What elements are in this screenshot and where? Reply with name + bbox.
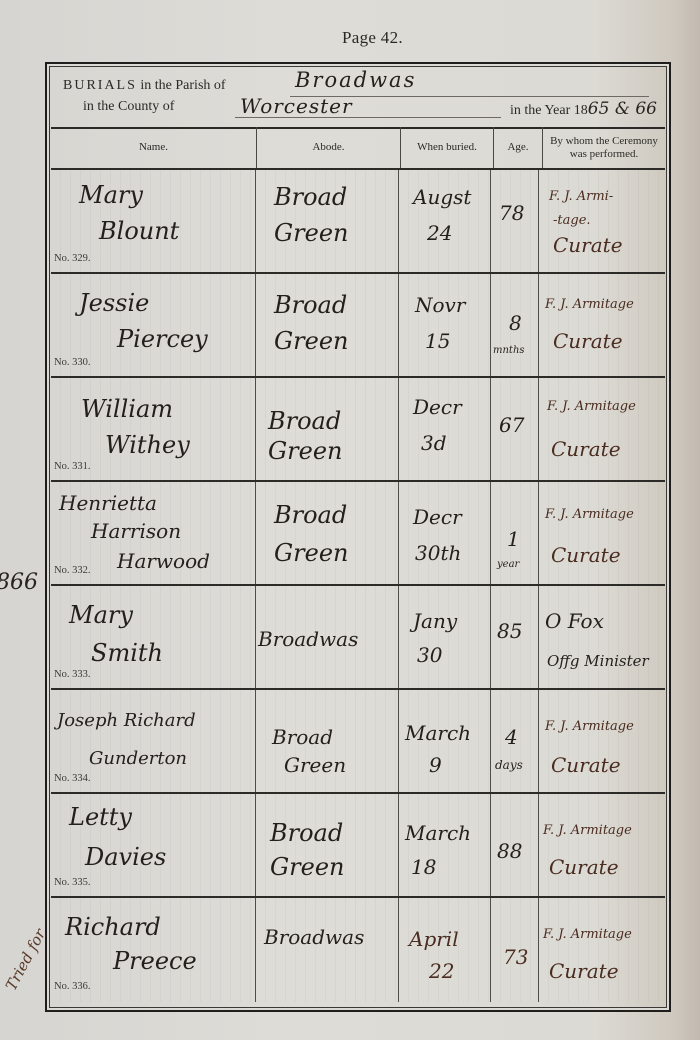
officiant-title: Curate	[551, 542, 621, 568]
name-last: Smith	[91, 640, 163, 666]
name-first: Richard	[65, 914, 161, 940]
margin-year-note: 866	[0, 570, 38, 595]
cell-age: 85	[491, 586, 539, 690]
officiant-title: Curate	[549, 958, 619, 984]
cell-officiant: F. J. Armitage Curate	[539, 482, 665, 586]
burial-month: Novr	[415, 292, 465, 318]
col-header-officiant: By whom the Ceremony was performed.	[543, 127, 665, 168]
table-row: Mary Smith No. 333. Broadwas Jany 30 85 …	[51, 584, 665, 690]
cell-name: Richard Preece No. 336.	[51, 898, 256, 1002]
officiant-line1: F. J. Armitage	[543, 922, 632, 948]
cell-officiant: F. J. Armitage Curate	[539, 274, 665, 378]
burial-day: 3d	[421, 430, 447, 456]
cell-officiant: F. J. Armitage Curate	[539, 378, 665, 482]
cell-age: 8 mnths	[491, 274, 539, 378]
officiant-line1: F. J. Armitage	[545, 714, 634, 740]
abode-line2: Green	[274, 540, 349, 566]
table-row: Jessie Piercey No. 330. Broad Green Novr…	[51, 272, 665, 378]
entry-number: No. 332.	[54, 565, 90, 576]
officiant-line1: O Fox	[545, 608, 604, 634]
cell-officiant: O Fox Offg Minister	[539, 586, 665, 690]
abode-line2: Green	[274, 328, 349, 354]
abode-line1: Broadwas	[258, 626, 358, 652]
name-last: Withey	[105, 432, 190, 458]
name-last: Blount	[99, 218, 179, 244]
entry-number: No. 329.	[54, 253, 90, 264]
cell-abode: Broad Green	[256, 378, 399, 482]
name-last: Harwood	[117, 548, 210, 574]
entry-number: No. 333.	[54, 669, 90, 680]
cell-officiant: F. J. Armi- -tage. Curate	[539, 170, 665, 274]
abode-line1: Broad	[274, 502, 347, 528]
heading-line-parish: BURIALS in the Parish of	[63, 78, 226, 94]
burial-day: 30th	[415, 540, 461, 566]
table-row: William Withey No. 331. Broad Green Decr…	[51, 376, 665, 482]
register-heading: BURIALS in the Parish of Broadwas in the…	[55, 72, 661, 128]
age-value: 85	[497, 618, 522, 644]
burial-day: 22	[429, 958, 454, 984]
cell-when-buried: Augst 24	[399, 170, 491, 274]
parish-value: Broadwas	[295, 68, 416, 92]
name-first: Joseph Richard	[57, 708, 196, 734]
officiant-title: Curate	[553, 232, 623, 258]
cell-age: 67	[491, 378, 539, 482]
county-value: Worcester	[240, 94, 353, 118]
age-value: 88	[497, 838, 522, 864]
officiant-line1: F. J. Armitage	[545, 292, 634, 318]
cell-officiant: F. J. Armitage Curate	[539, 794, 665, 898]
burial-day: 30	[417, 642, 442, 668]
name-last: Gunderton	[89, 746, 187, 772]
table-row: Henrietta Harrison Harwood No. 332. Broa…	[51, 480, 665, 586]
abode-line2: Green	[268, 438, 343, 464]
burial-month: March	[405, 720, 471, 746]
name-last: Piercey	[117, 326, 208, 352]
table-row: Joseph Richard Gunderton No. 334. Broad …	[51, 688, 665, 794]
officiant-title: Curate	[551, 752, 621, 778]
age-value: 8	[509, 310, 522, 336]
entry-number: No. 334.	[54, 773, 90, 784]
abode-line1: Broad	[272, 724, 333, 750]
burial-month: Decr	[413, 394, 462, 420]
officiant-title: Curate	[549, 854, 619, 880]
name-first: William	[81, 396, 173, 422]
table-row: Mary Blount No. 329. Broad Green Augst 2…	[51, 168, 665, 274]
officiant-title: Curate	[553, 328, 623, 354]
cell-when-buried: Decr 30th	[399, 482, 491, 586]
cell-age: 73	[491, 898, 539, 1002]
entry-number: No. 330.	[54, 357, 90, 368]
column-header-row: Name. Abode. When buried. Age. By whom t…	[51, 127, 665, 168]
col-header-age: Age.	[494, 127, 543, 168]
cell-age: 78	[491, 170, 539, 274]
abode-line1: Broad	[274, 184, 347, 210]
margin-bottom-note: Tried for	[2, 926, 49, 994]
year-printed: 18	[574, 103, 588, 118]
burial-month: Jany	[413, 608, 457, 634]
cell-when-buried: Decr 3d	[399, 378, 491, 482]
age-value: 73	[503, 944, 528, 970]
cell-abode: Broadwas	[256, 586, 399, 690]
heading-title: BURIALS	[63, 78, 137, 93]
cell-when-buried: March 9	[399, 690, 491, 794]
age-value: 1	[507, 526, 520, 552]
cell-abode: Broadwas	[256, 898, 399, 1002]
burial-month: April	[409, 926, 459, 952]
parish-label: in the Parish of	[140, 78, 225, 93]
name-last: Preece	[113, 948, 197, 974]
name-first: Henrietta	[59, 490, 157, 516]
cell-when-buried: March 18	[399, 794, 491, 898]
cell-abode: Broad Green	[256, 794, 399, 898]
abode-line2: Green	[274, 220, 349, 246]
name-first: Jessie	[79, 290, 149, 316]
abode-line1: Broad	[274, 292, 347, 318]
officiant-line1: F. J. Armitage	[547, 394, 636, 420]
cell-age: 1 year	[491, 482, 539, 586]
cell-officiant: F. J. Armitage Curate	[539, 898, 665, 1002]
officiant-line1: F. J. Armi-	[549, 184, 613, 210]
cell-abode: Broad Green	[256, 482, 399, 586]
cell-abode: Broad Green	[256, 690, 399, 794]
abode-line2: Green	[284, 752, 346, 778]
officiant-line1: F. J. Armitage	[543, 818, 632, 844]
cell-age: 88	[491, 794, 539, 898]
col-header-name: Name.	[51, 127, 257, 168]
entry-number: No. 335.	[54, 877, 90, 888]
burial-day: 18	[411, 854, 436, 880]
entry-number: No. 336.	[54, 981, 90, 992]
age-value: 4	[505, 724, 518, 750]
cell-name: Henrietta Harrison Harwood No. 332.	[51, 482, 256, 586]
burial-month: Augst	[413, 184, 471, 210]
burial-day: 24	[427, 220, 452, 246]
burial-month: Decr	[413, 504, 462, 530]
cell-abode: Broad Green	[256, 274, 399, 378]
cell-name: Letty Davies No. 335.	[51, 794, 256, 898]
age-value: 67	[499, 412, 524, 438]
county-label: in the County of	[83, 99, 174, 114]
age-unit: mnths	[493, 338, 525, 364]
age-unit: year	[497, 552, 519, 578]
name-last: Davies	[85, 844, 166, 870]
name-middle: Harrison	[91, 518, 181, 544]
cell-when-buried: Novr 15	[399, 274, 491, 378]
table-row: Richard Preece No. 336. Broadwas April 2…	[51, 896, 665, 1002]
entry-number: No. 331.	[54, 461, 90, 472]
officiant-line2: -tage.	[553, 208, 591, 234]
cell-when-buried: April 22	[399, 898, 491, 1002]
cell-name: Mary Blount No. 329.	[51, 170, 256, 274]
name-first: Letty	[69, 804, 132, 830]
col-header-when-buried: When buried.	[401, 127, 494, 168]
cell-age: 4 days	[491, 690, 539, 794]
officiant-line1: F. J. Armitage	[545, 502, 634, 528]
col-header-abode: Abode.	[257, 127, 401, 168]
cell-officiant: F. J. Armitage Curate	[539, 690, 665, 794]
cell-name: Mary Smith No. 333.	[51, 586, 256, 690]
abode-line2: Green	[270, 854, 345, 880]
entries-body: Mary Blount No. 329. Broad Green Augst 2…	[51, 168, 665, 1006]
year-field: in the Year 1865 & 66	[510, 99, 657, 119]
cell-name: William Withey No. 331.	[51, 378, 256, 482]
age-unit: days	[495, 752, 523, 778]
burial-register-table: BURIALS in the Parish of Broadwas in the…	[45, 62, 671, 1012]
cell-name: Jessie Piercey No. 330.	[51, 274, 256, 378]
abode-line1: Broad	[268, 408, 341, 434]
burial-month: March	[405, 820, 471, 846]
cell-abode: Broad Green	[256, 170, 399, 274]
name-first: Mary	[69, 602, 133, 628]
officiant-title: Offg Minister	[547, 648, 649, 674]
heading-line-county: in the County of	[83, 99, 174, 115]
abode-line1: Broad	[270, 820, 343, 846]
year-handwritten: 65 & 66	[588, 99, 657, 119]
burial-day: 9	[429, 752, 442, 778]
burial-day: 15	[425, 328, 450, 354]
cell-name: Joseph Richard Gunderton No. 334.	[51, 690, 256, 794]
page-number: Page 42.	[0, 28, 700, 48]
age-value: 78	[499, 200, 524, 226]
year-label: in the Year	[510, 103, 570, 118]
name-first: Mary	[79, 182, 143, 208]
cell-when-buried: Jany 30	[399, 586, 491, 690]
officiant-title: Curate	[551, 436, 621, 462]
table-row: Letty Davies No. 335. Broad Green March …	[51, 792, 665, 898]
abode-line1: Broadwas	[264, 924, 364, 950]
